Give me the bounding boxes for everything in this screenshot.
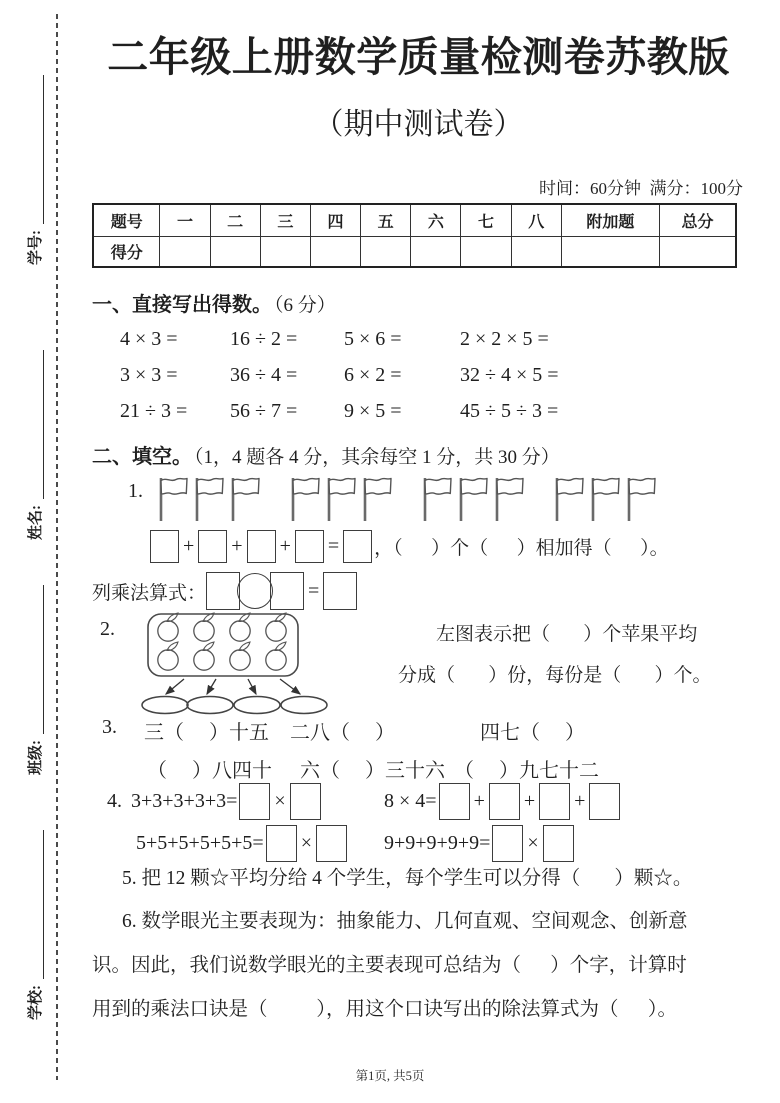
q3-blank-item: 三（ ）十五 bbox=[144, 716, 269, 745]
score-table: 题号一二三四五六七八附加题总分得分 bbox=[92, 203, 737, 268]
student-name-label: 姓名: bbox=[29, 505, 44, 540]
flag-icon bbox=[358, 474, 392, 522]
q3-blank-item: 六（ ）三十六 bbox=[300, 754, 445, 783]
answer-box bbox=[206, 572, 240, 610]
answer-box bbox=[150, 530, 179, 563]
operator-symbol: + bbox=[231, 535, 242, 558]
flag-icon bbox=[190, 474, 224, 522]
operator-symbol: × bbox=[301, 832, 312, 855]
flag-icon bbox=[322, 474, 356, 522]
score-cell bbox=[411, 237, 461, 268]
q2-text: 左图表示把（ ）个苹果平均 分成（ ）份，每份是（ ）个。 bbox=[398, 614, 712, 696]
answer-box bbox=[290, 783, 321, 820]
q1-multiplication-row: 列乘法算式：= bbox=[92, 572, 357, 610]
score-cell bbox=[210, 237, 260, 268]
answer-box bbox=[492, 825, 523, 862]
score-table-column-header: 四 bbox=[310, 204, 360, 237]
operator-symbol: + bbox=[280, 535, 291, 558]
score-table-column-header: 七 bbox=[461, 204, 511, 237]
flag-icon bbox=[490, 474, 524, 522]
q3-blank-item: （ ）九七十二 bbox=[454, 754, 599, 783]
equation-boxes: × bbox=[264, 825, 349, 862]
oral-problem: 36 ÷ 4 = bbox=[230, 364, 344, 387]
q4-equation: 5+5+5+5+5+5= × bbox=[92, 825, 384, 862]
score-table-column-header: 总分 bbox=[660, 204, 736, 237]
oral-calculation-problems: 4 × 3 =16 ÷ 2 =5 × 6 =2 × 2 × 5 =3 × 3 =… bbox=[92, 328, 745, 423]
apple-division-diagram bbox=[140, 612, 352, 715]
score-table-column-header: 二 bbox=[210, 204, 260, 237]
q6-line: 识。因此，我们说数学眼光的主要表现可总结为（ ）个字，计算时 bbox=[92, 944, 745, 988]
score-cell bbox=[160, 237, 210, 268]
operator-symbol: + bbox=[574, 790, 585, 813]
test-paper-page: 学号: 姓名: 班级: 学校: 二年级上册数学质量检测卷苏教版 （期中测试卷） … bbox=[0, 0, 780, 1103]
page-title: 二年级上册数学质量检测卷苏教版 bbox=[86, 24, 751, 83]
score-table-column-header: 五 bbox=[361, 204, 411, 237]
oral-problem: 45 ÷ 5 ÷ 3 = bbox=[460, 400, 745, 423]
q3-blank-item: 二八（ ） bbox=[290, 716, 395, 745]
score-table-column-header: 附加题 bbox=[561, 204, 659, 237]
q3-multiplication-rhymes: 3. 三（ ）十五 二八（ ） 四七（ ） （ ）八四十 六（ ）三十六 （ ）… bbox=[92, 712, 745, 788]
equation-lhs: 8 × 4= bbox=[384, 790, 437, 813]
section2-heading-note: （1，4 题各 4 分，其余每空 1 分，共 30 分） bbox=[194, 447, 560, 468]
flag-icon bbox=[286, 474, 320, 522]
oral-problem: 4 × 3 = bbox=[120, 328, 230, 351]
oral-problem: 5 × 6 = bbox=[344, 328, 460, 351]
answer-box bbox=[266, 825, 297, 862]
answer-box bbox=[247, 530, 276, 563]
operator-symbol: + bbox=[524, 790, 535, 813]
student-number-field: 学号: bbox=[20, 75, 44, 265]
oral-problem: 21 ÷ 3 = bbox=[120, 400, 230, 423]
answer-box bbox=[343, 530, 372, 563]
oral-problem: 16 ÷ 2 = bbox=[230, 328, 344, 351]
q5-star-question: 5. 把 12 颗☆平均分给 4 个学生，每个学生可以分得（ ）颗☆。 bbox=[92, 862, 745, 890]
answer-box bbox=[543, 825, 574, 862]
score-cell bbox=[461, 237, 511, 268]
answer-box bbox=[439, 783, 470, 820]
q4-equation: 4. 3+3+3+3+3= × bbox=[92, 783, 384, 820]
oral-problem: 56 ÷ 7 = bbox=[230, 400, 344, 423]
q1-equation-caption: ，（ ）个（ ）相加得（ ）。 bbox=[374, 533, 669, 560]
score-cell bbox=[660, 237, 736, 268]
flag-icon bbox=[622, 474, 656, 522]
q1-equation-boxes: +++= bbox=[150, 530, 372, 563]
class-field: 班级: bbox=[20, 585, 44, 775]
page-subtitle: （期中测试卷） bbox=[92, 99, 745, 143]
q3-number: 3. bbox=[102, 716, 117, 739]
school-field: 学校: bbox=[20, 830, 44, 1020]
flag-group bbox=[286, 474, 392, 522]
answer-box bbox=[489, 783, 520, 820]
score-cell bbox=[260, 237, 310, 268]
operator-symbol: = bbox=[308, 580, 319, 603]
answer-box bbox=[295, 530, 324, 563]
q1-flag-row: 1. bbox=[92, 474, 745, 526]
student-number-blank bbox=[27, 75, 44, 224]
equation-lhs: 3+3+3+3+3= bbox=[131, 790, 237, 813]
flag-icon bbox=[454, 474, 488, 522]
equation-boxes: × bbox=[237, 783, 322, 820]
flag-icon bbox=[418, 474, 452, 522]
q4-row: 4. 3+3+3+3+3= × 8 × 4= +++ bbox=[92, 780, 745, 822]
score-cell bbox=[310, 237, 360, 268]
flag-groups bbox=[154, 474, 656, 522]
q2-number: 2. bbox=[100, 618, 115, 641]
operator-symbol: × bbox=[274, 790, 285, 813]
student-number-label: 学号: bbox=[29, 230, 44, 265]
school-label: 学校: bbox=[29, 985, 44, 1020]
q2-diagram-slot bbox=[140, 612, 352, 720]
flag-group bbox=[550, 474, 656, 522]
q3-line1: 3. 三（ ）十五 二八（ ） 四七（ ） bbox=[92, 712, 745, 750]
equation-boxes: × bbox=[490, 825, 575, 862]
answer-box bbox=[323, 572, 357, 610]
exam-info: 时间：60分钟 满分：100分 bbox=[539, 174, 743, 199]
q2-line1: 左图表示把（ ）个苹果平均 bbox=[436, 614, 712, 655]
paper-content: 二年级上册数学质量检测卷苏教版 （期中测试卷） 时间：60分钟 满分：100分 … bbox=[92, 0, 745, 1103]
answer-box bbox=[270, 572, 304, 610]
school-blank bbox=[27, 830, 44, 979]
q4-equation: 9+9+9+9+9= × bbox=[384, 825, 576, 862]
oral-problem: 32 ÷ 4 × 5 = bbox=[460, 364, 745, 387]
section1-heading-text: 一、直接写出得数。 bbox=[92, 294, 272, 316]
section2-heading: 二、填空。（1，4 题各 4 分，其余每空 1 分，共 30 分） bbox=[92, 440, 560, 469]
oral-problem: 9 × 5 = bbox=[344, 400, 460, 423]
operator-symbol: × bbox=[527, 832, 538, 855]
page-footer: 第1页, 共5页 bbox=[0, 1066, 780, 1084]
q2-apple-question: 2. 左图表示把（ ）个苹果平均 分成（ ）份，每份是（ ）个。 bbox=[92, 612, 745, 718]
q3-blank-item: （ ）八四十 bbox=[147, 754, 272, 783]
q1-addition-equation: +++=，（ ）个（ ）相加得（ ）。 bbox=[150, 530, 669, 563]
section2-heading-text: 二、填空。 bbox=[92, 446, 192, 468]
score-table-column-header: 三 bbox=[260, 204, 310, 237]
answer-box bbox=[589, 783, 620, 820]
flag-icon bbox=[586, 474, 620, 522]
equation-lhs: 5+5+5+5+5+5= bbox=[136, 832, 264, 855]
answer-box bbox=[539, 783, 570, 820]
q4-equation: 8 × 4= +++ bbox=[384, 783, 622, 820]
student-name-field: 姓名: bbox=[20, 350, 44, 540]
q4-equations: 4. 3+3+3+3+3= × 8 × 4= +++ 5+5+5+5+5+5= … bbox=[92, 780, 745, 864]
q1-number: 1. bbox=[128, 480, 143, 503]
score-cell bbox=[361, 237, 411, 268]
section1-heading: 一、直接写出得数。（6 分） bbox=[92, 288, 336, 317]
q2-line2: 分成（ ）份，每份是（ ）个。 bbox=[398, 655, 712, 696]
q4-row: 5+5+5+5+5+5= × 9+9+9+9+9= × bbox=[92, 822, 745, 864]
class-blank bbox=[27, 585, 44, 734]
q6-line: 用到的乘法口诀是（ ），用这个口诀写出的除法算式为（ ）。 bbox=[92, 988, 745, 1032]
equation-boxes: +++ bbox=[437, 783, 623, 820]
q3-blank-item: 四七（ ） bbox=[480, 716, 585, 745]
score-row-label: 得分 bbox=[93, 237, 160, 268]
q6-math-vision-question: 6. 数学眼光主要表现为：抽象能力、几何直观、空间观念、创新意 识。因此，我们说… bbox=[92, 900, 745, 1032]
operator-symbol: = bbox=[328, 535, 339, 558]
flag-group bbox=[154, 474, 260, 522]
class-label: 班级: bbox=[29, 740, 44, 775]
equation-lhs: 9+9+9+9+9= bbox=[384, 832, 490, 855]
operator-symbol: + bbox=[474, 790, 485, 813]
oral-problem: 3 × 3 = bbox=[120, 364, 230, 387]
student-name-blank bbox=[27, 350, 44, 499]
section1-heading-note: （6 分） bbox=[274, 295, 336, 316]
answer-box bbox=[316, 825, 347, 862]
score-table-column-header: 八 bbox=[511, 204, 561, 237]
score-table-column-header: 题号 bbox=[93, 204, 160, 237]
flag-icon bbox=[154, 474, 188, 522]
oral-problem: 6 × 2 = bbox=[344, 364, 460, 387]
score-cell bbox=[561, 237, 659, 268]
dashed-fold-line bbox=[56, 14, 58, 1080]
score-table-column-header: 六 bbox=[411, 204, 461, 237]
q1-multiplication-label: 列乘法算式： bbox=[92, 578, 206, 605]
score-cell bbox=[511, 237, 561, 268]
q6-line: 6. 数学眼光主要表现为：抽象能力、几何直观、空间观念、创新意 bbox=[92, 900, 745, 944]
operator-circle bbox=[237, 573, 273, 609]
answer-box bbox=[239, 783, 270, 820]
flag-icon bbox=[550, 474, 584, 522]
score-table-column-header: 一 bbox=[160, 204, 210, 237]
flag-icon bbox=[226, 474, 260, 522]
flag-group bbox=[418, 474, 524, 522]
operator-symbol: + bbox=[183, 535, 194, 558]
answer-box bbox=[198, 530, 227, 563]
oral-problem: 2 × 2 × 5 = bbox=[460, 328, 745, 351]
q1-mult-boxes: = bbox=[206, 572, 357, 610]
q4-number: 4. bbox=[107, 790, 122, 813]
